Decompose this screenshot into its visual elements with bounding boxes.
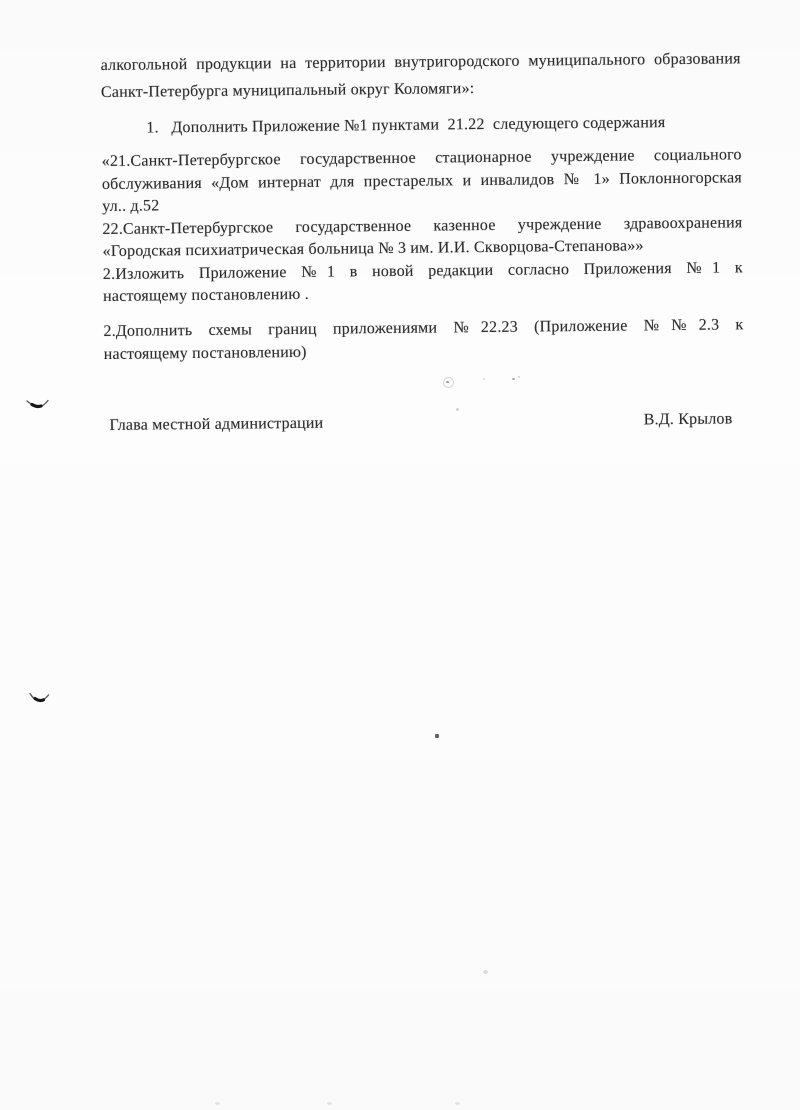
signature-block: Глава местной администрации В.Д. Крылов <box>104 409 744 436</box>
document-text: алкогольной продукции на территории внут… <box>100 0 745 435</box>
body-paragraph: «21.Санкт-Петербургское государственное … <box>102 144 744 308</box>
binding-mark-icon <box>29 689 51 707</box>
scan-speck <box>483 970 488 974</box>
scan-speck <box>512 378 515 380</box>
scan-speck <box>435 734 439 738</box>
scan-speck <box>456 408 459 411</box>
scan-speck <box>446 381 449 383</box>
signature-name: В.Д. Крылов <box>644 409 733 430</box>
scan-speck <box>215 1102 220 1105</box>
intro-paragraph: алкогольной продукции на территории внут… <box>101 45 742 106</box>
scan-speck <box>327 1102 332 1105</box>
scanned-document-page: алкогольной продукции на территории внут… <box>0 0 800 1110</box>
numbered-list-item: 1. Дополнить Приложение №1 пунктами 21.2… <box>101 111 741 140</box>
scan-speck <box>518 376 520 378</box>
scan-speck <box>455 1102 460 1105</box>
text-line: Санкт-Петербурга муниципальный округ Кол… <box>101 72 741 106</box>
signature-title: Глава местной администрации <box>109 413 323 435</box>
binding-mark-icon <box>26 395 50 413</box>
scan-speck <box>483 378 485 380</box>
amendment-2-paragraph: 2.Дополнить схемы границ приложениями №2… <box>103 313 743 366</box>
list-item: 1. Дополнить Приложение №1 пунктами 21.2… <box>146 111 741 139</box>
